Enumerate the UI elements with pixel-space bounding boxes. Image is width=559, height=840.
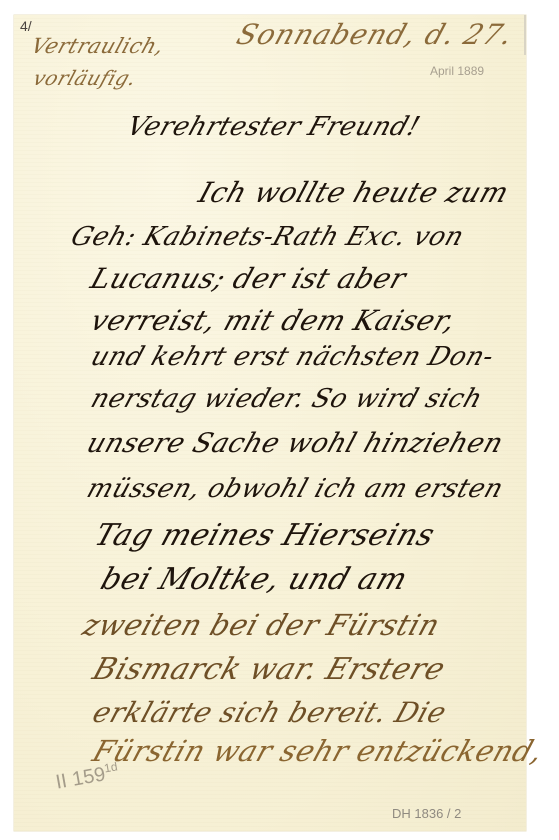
page-edge: [524, 15, 526, 55]
marginal-note-line-1: Vertraulich,: [28, 34, 167, 58]
letter-line: Lucanus; der ist aber: [87, 262, 411, 295]
letter-line: Fürstin war sehr entzückend,: [88, 734, 547, 768]
letter-line: verreist, mit dem Kaiser,: [87, 304, 461, 337]
salutation: Verehrtester Freund!: [123, 112, 424, 142]
folio-number: 4/: [20, 18, 32, 34]
date-annotation: April 1889: [430, 64, 484, 78]
letter-line: nerstag wieder. So wird sich: [87, 384, 486, 414]
letter-line: bei Moltke, und am: [96, 562, 412, 597]
letter-line: müssen, obwohl ich am ersten: [83, 474, 507, 504]
letter-line: Ich wollte heute zum: [195, 176, 514, 209]
letter-line: Tag meines Hierseins: [90, 518, 439, 553]
dateline: Sonnabend, d. 27.: [233, 18, 518, 51]
letter-line: Bismarck war. Erstere: [88, 652, 449, 687]
letter-line: erklärte sich bereit. Die: [89, 696, 451, 729]
letter-line: Geh: Kabinets-Rath Exc. von: [67, 222, 468, 252]
shelfmark-left-sup: 1d: [103, 759, 119, 775]
shelfmark-right: DH 1836 / 2: [392, 806, 461, 821]
letter-line: zweiten bei der Fürstin: [78, 608, 444, 642]
letter-line: unsere Sache wohl hinziehen: [83, 428, 507, 459]
marginal-note-line-2: vorläufig.: [30, 66, 140, 90]
letter-line: und kehrt erst nächsten Don-: [87, 342, 498, 372]
